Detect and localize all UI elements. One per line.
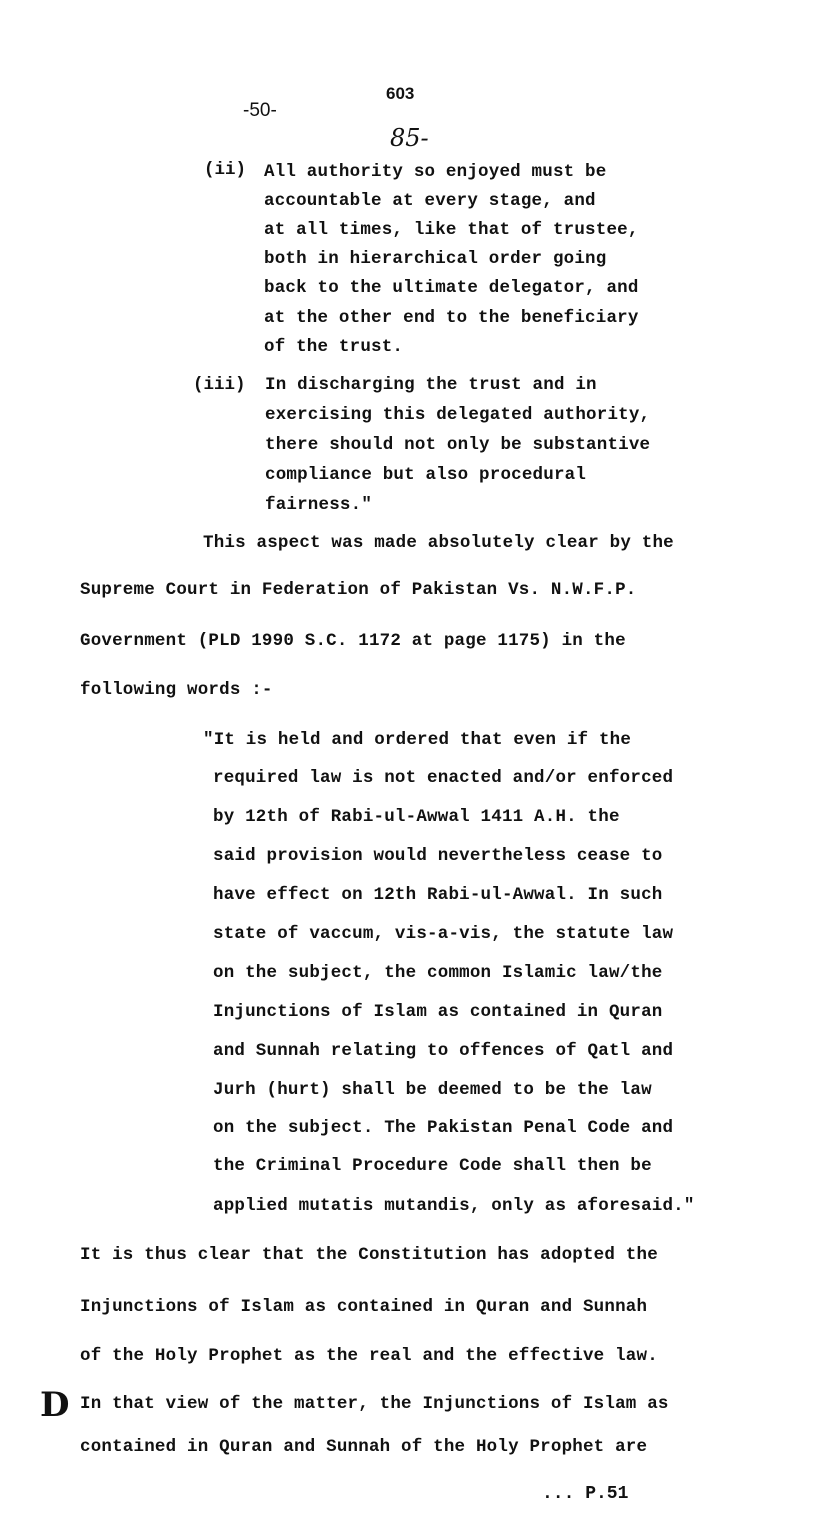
text-line: and Sunnah relating to offences of Qatl … <box>213 1041 673 1061</box>
text-line: exercising this delegated authority, <box>265 405 650 425</box>
text-line: contained in Quran and Sunnah of the Hol… <box>80 1437 647 1457</box>
text-line: It is thus clear that the Constitution h… <box>80 1245 658 1265</box>
text-line: the Criminal Procedure Code shall then b… <box>213 1156 652 1176</box>
text-line: Government (PLD 1990 S.C. 1172 at page 1… <box>80 631 626 651</box>
text-line: Supreme Court in Federation of Pakistan … <box>80 580 637 600</box>
text-line: applied mutatis mutandis, only as afores… <box>213 1196 695 1216</box>
text-line: both in hierarchical order going <box>264 249 606 269</box>
text-line: on the subject, the common Islamic law/t… <box>213 963 662 983</box>
text-line: Injunctions of Islam as contained in Qur… <box>213 1002 662 1022</box>
text-line: on the subject. The Pakistan Penal Code … <box>213 1118 673 1138</box>
text-line: following words :- <box>80 680 273 700</box>
text-line: of the trust. <box>264 337 403 357</box>
text-line: there should not only be substantive <box>265 435 650 455</box>
text-line: state of vaccum, vis-a-vis, the statute … <box>213 924 673 944</box>
handwritten-annotation: 85- <box>390 124 429 152</box>
page-stamp: 603 <box>386 84 414 104</box>
text-line: accountable at every stage, and <box>264 191 596 211</box>
text-line: This aspect was made absolutely clear by… <box>203 533 674 553</box>
item-label: (ii) <box>204 160 246 180</box>
text-line: of the Holy Prophet as the real and the … <box>80 1346 658 1366</box>
text-line: have effect on 12th Rabi-ul-Awwal. In su… <box>213 885 662 905</box>
margin-mark: D <box>40 1385 69 1425</box>
text-line: required law is not enacted and/or enfor… <box>213 768 673 788</box>
continuation-marker: ... P.51 <box>542 1484 628 1504</box>
text-line: All authority so enjoyed must be <box>264 162 606 182</box>
text-line: In that view of the matter, the Injuncti… <box>80 1394 669 1414</box>
text-line: compliance but also procedural <box>265 465 586 485</box>
text-line: back to the ultimate delegator, and <box>264 278 639 298</box>
item-label: (iii) <box>193 375 246 395</box>
text-line: by 12th of Rabi-ul-Awwal 1411 A.H. the <box>213 807 620 827</box>
page-number: -50- <box>243 100 277 122</box>
text-line: said provision would nevertheless cease … <box>213 846 662 866</box>
text-line: fairness." <box>265 495 372 515</box>
text-line: "It is held and ordered that even if the <box>203 730 631 750</box>
text-line: Injunctions of Islam as contained in Qur… <box>80 1297 647 1317</box>
text-line: In discharging the trust and in <box>265 375 597 395</box>
text-line: at the other end to the beneficiary <box>264 308 639 328</box>
text-line: Jurh (hurt) shall be deemed to be the la… <box>213 1080 652 1100</box>
text-line: at all times, like that of trustee, <box>264 220 639 240</box>
